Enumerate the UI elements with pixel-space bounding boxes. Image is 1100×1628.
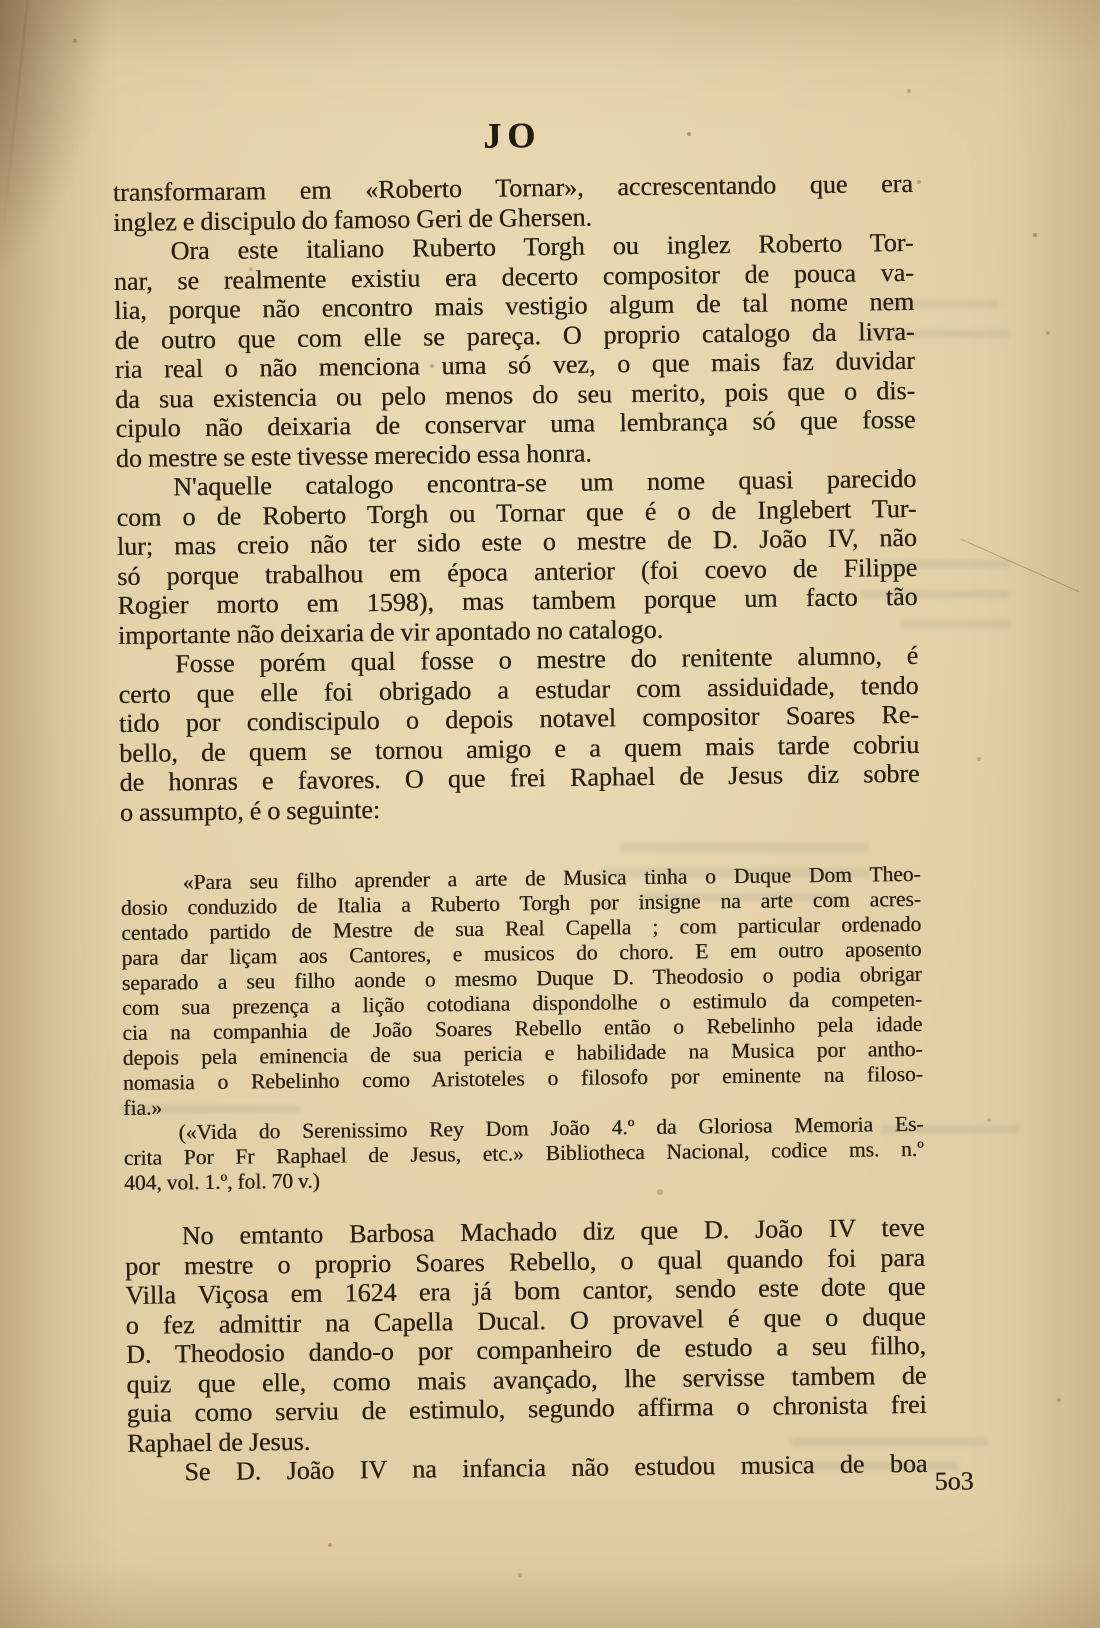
page-corner-shadow <box>0 0 120 320</box>
quoted-passage: «Para seu filho aprender a arte de Music… <box>121 862 924 1121</box>
page-edge-crease <box>1 0 29 239</box>
citation: («Vida do Serenissimo Rey Dom João 4.º d… <box>123 1112 924 1196</box>
paragraph-ruberto-torgh: Ora este italiano Ruberto Torgh ou ingle… <box>113 228 916 473</box>
text-column: JO transformaram em «Roberto Tornar», ac… <box>112 109 928 1505</box>
opening-paragraph-continuation: transformaram em «Roberto Tornar», accre… <box>113 169 914 237</box>
paper-specks <box>0 0 2 2</box>
paragraph-barbosa-machado: No emtanto Barbosa Machado diz que D. Jo… <box>125 1213 928 1458</box>
pencil-scratch <box>960 539 1079 593</box>
book-page-scan: JO transformaram em «Roberto Tornar», ac… <box>0 0 1100 1628</box>
text-blocks: transformaram em «Roberto Tornar», accre… <box>113 169 928 1487</box>
paragraph-mestre: Fosse porém qual fosse o mestre do renit… <box>118 641 920 827</box>
running-head: JO <box>112 109 912 162</box>
paragraph-catalogo: N'aquelle catalogo encontra-se um nome q… <box>116 464 918 650</box>
